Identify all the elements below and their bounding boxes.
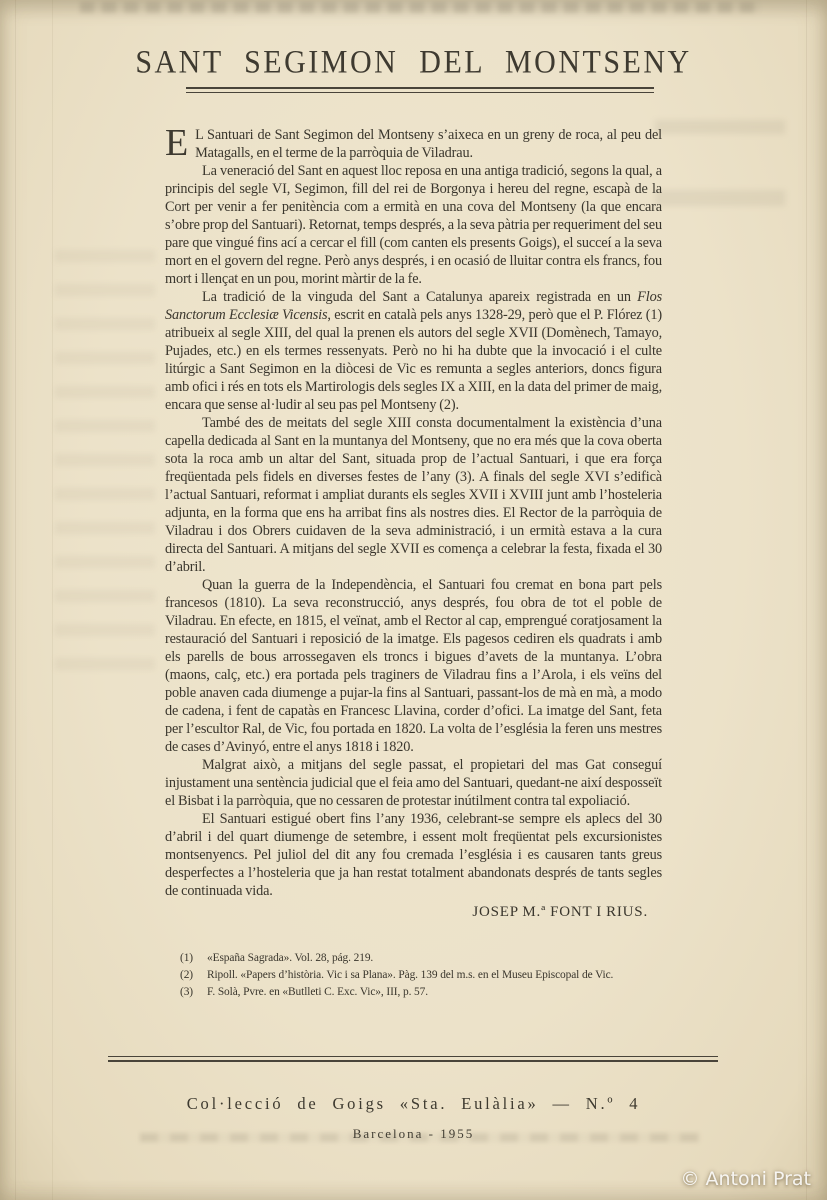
author-signature: JOSEP M.ª FONT I RIUS. — [165, 903, 662, 921]
header: SANT SEGIMON DEL MONTSENY — [0, 46, 827, 80]
footnote-2: (2) Ripoll. «Papers d’història. Vic i sa… — [180, 967, 680, 984]
paragraph-7: El Santuari estigué obert fins l’any 193… — [165, 810, 662, 900]
scan-artifact-crease — [806, 0, 807, 1200]
paragraph-3-lead: La tradició de la vinguda del Sant a Cat… — [202, 289, 637, 305]
footnote-2-number: (2) — [180, 967, 207, 984]
footnotes-block: (1) «España Sagrada». Vol. 28, pág. 219.… — [180, 950, 680, 1001]
paragraph-1-text: L Santuari de Sant Segimon del Montseny … — [195, 127, 662, 161]
footnote-3-number: (3) — [180, 984, 207, 1001]
collection-series-line: Col·lecció de Goigs «Sta. Eulàlia» — N.º… — [0, 1094, 827, 1114]
footnote-2-text: Ripoll. «Papers d’història. Vic i sa Pla… — [207, 967, 680, 984]
title-double-rule — [186, 87, 654, 93]
scan-artifact-top-bleedthrough — [80, 2, 760, 13]
paragraph-4: També des de meitats del segle XIII cons… — [165, 414, 662, 576]
scanned-document-page: SANT SEGIMON DEL MONTSENY EL Santuari de… — [0, 0, 827, 1200]
page-title: SANT SEGIMON DEL MONTSENY — [135, 45, 691, 82]
footnote-1-number: (1) — [180, 950, 207, 967]
dropcap-initial: E — [165, 126, 195, 159]
footnote-3-text: F. Solà, Pvre. en «Butlleti C. Exc. Vic»… — [207, 984, 680, 1001]
scan-artifact-crease — [15, 0, 16, 1200]
paragraph-1: EL Santuari de Sant Segimon del Montseny… — [165, 126, 662, 162]
scan-artifact-right-bleedthrough — [655, 120, 785, 270]
imprint-line: Barcelona - 1955 — [0, 1126, 827, 1142]
paragraph-3: La tradició de la vinguda del Sant a Cat… — [165, 288, 662, 414]
paragraph-6: Malgrat això, a mitjans del segle passat… — [165, 756, 662, 810]
footnote-1-text: «España Sagrada». Vol. 28, pág. 219. — [207, 950, 680, 967]
footer-double-rule — [108, 1056, 718, 1062]
footnote-1: (1) «España Sagrada». Vol. 28, pág. 219. — [180, 950, 680, 967]
copyright-watermark: © Antoni Prat — [680, 1168, 811, 1190]
paragraph-5: Quan la guerra de la Independència, el S… — [165, 576, 662, 756]
article-body: EL Santuari de Sant Segimon del Montseny… — [165, 126, 662, 921]
paragraph-2: La veneració del Sant en aquest lloc rep… — [165, 162, 662, 288]
scan-artifact-left-bleedthrough — [55, 250, 155, 670]
scan-artifact-crease — [52, 0, 53, 1200]
footnote-3: (3) F. Solà, Pvre. en «Butlleti C. Exc. … — [180, 984, 680, 1001]
